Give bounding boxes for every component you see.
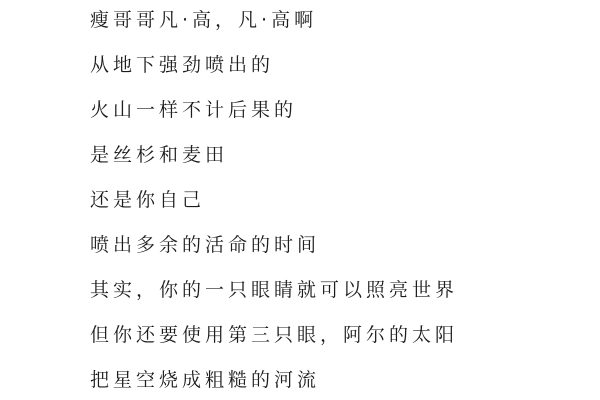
poem-line-3: 火山一样不计后果的 xyxy=(90,90,458,135)
poem-line-1: 瘦哥哥凡·高，凡·高啊 xyxy=(90,0,458,45)
poem-text: 瘦哥哥凡·高，凡·高啊 从地下强劲喷出的 火山一样不计后果的 是丝杉和麦田 还是… xyxy=(90,0,458,400)
poem-line-4: 是丝杉和麦田 xyxy=(90,135,458,180)
poem-line-9: 把星空烧成粗糙的河流 xyxy=(90,360,458,400)
poem-line-2: 从地下强劲喷出的 xyxy=(90,45,458,90)
poem-line-7: 其实，你的一只眼睛就可以照亮世界 xyxy=(90,270,458,315)
poem-line-8: 但你还要使用第三只眼，阿尔的太阳 xyxy=(90,315,458,360)
poem-line-6: 喷出多余的活命的时间 xyxy=(90,225,458,270)
poem-line-5: 还是你自己 xyxy=(90,180,458,225)
